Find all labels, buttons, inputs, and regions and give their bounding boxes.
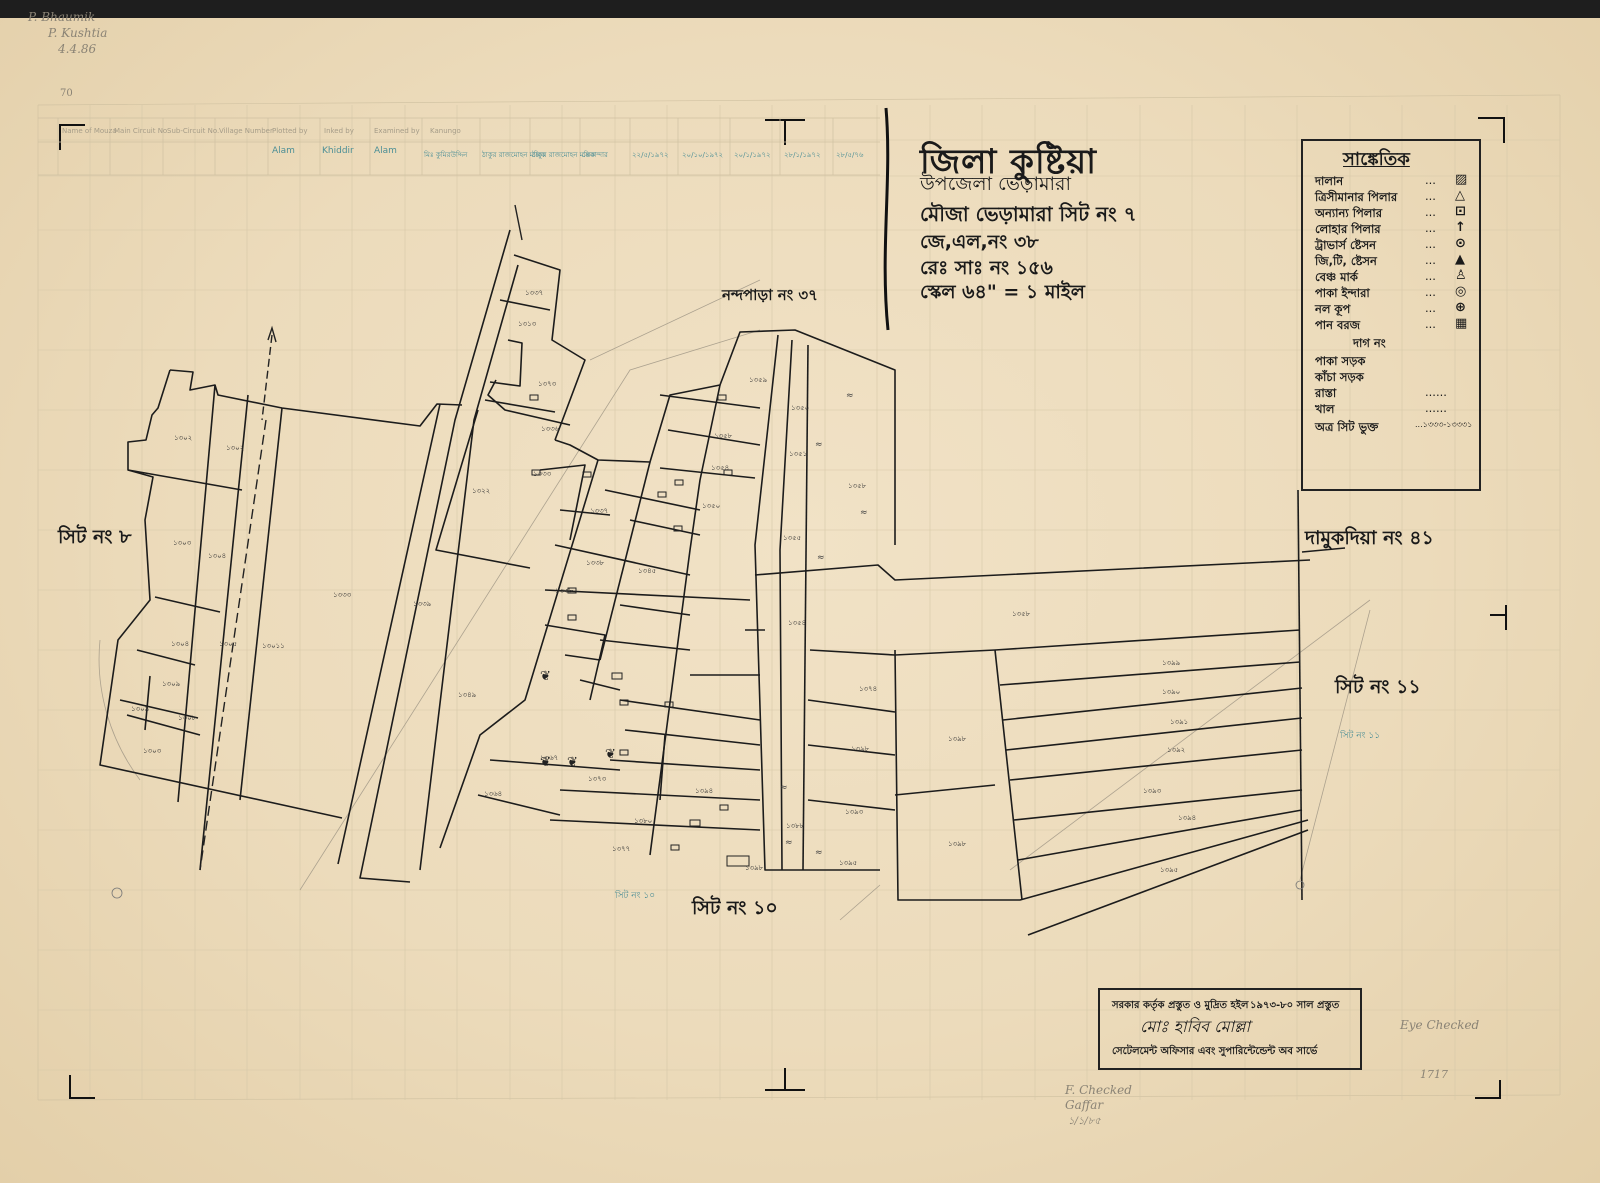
parcel-number: ১৩৬৭ — [540, 752, 558, 764]
parcel-number: ১৩১৩ — [518, 318, 536, 330]
header-col-main-circuit: Main Circuit No. — [114, 127, 169, 135]
header-entry: Khiddir — [322, 146, 354, 156]
header-col-sub-circuit: Sub-Circuit No. — [167, 127, 219, 135]
parcel-number: ১৩০৪ — [171, 638, 189, 650]
certificate-office: সেটেলমেন্ট অফিসার এবং সুপারিন্টেন্ডেন্ট … — [1112, 1044, 1317, 1061]
svg-text:≈: ≈ — [780, 783, 788, 793]
parcel-number: ১৩৪৫ — [638, 565, 656, 577]
parcel-number: ১৩৬৪ — [484, 788, 502, 800]
header-entry: সেকান্দার — [582, 149, 608, 161]
hatched-box-icon: ▦ — [1455, 316, 1467, 331]
pencil-note: P. Kushtia — [48, 26, 107, 40]
parcel-number: ১৩০৯ — [162, 678, 180, 690]
parcel-number: ১৩৯৩ — [1143, 785, 1161, 797]
parcel-number: ১৩৯৮ — [851, 743, 869, 755]
svg-text:≈: ≈ — [846, 391, 854, 401]
header-entry: Alam — [272, 146, 295, 156]
parcel-number: ১৩০৯ — [131, 703, 149, 715]
parcel-number: ১৩৭৪ — [859, 683, 877, 695]
parcel-number: ১৩৫১ — [789, 448, 807, 460]
parcel-number: ১৩৩৩ — [333, 589, 351, 601]
parcel-number: ১৩৮৮ — [786, 820, 804, 832]
adjacent-east-upper-label: দামুকদিয়া নং ৪১ — [1305, 524, 1434, 556]
parcel-number: ১৩৯৪ — [1178, 812, 1196, 824]
page-mark: 70 — [60, 88, 73, 99]
header-col-examined: Examined by — [374, 127, 420, 135]
iron-pillar-icon: ↑ — [1455, 220, 1466, 235]
header-entry: ২০/১০/১৯৭২ — [682, 149, 723, 161]
header-col-inked: Inked by — [324, 127, 354, 135]
parcel-number: ১৩৩৬ — [541, 423, 559, 435]
legend-item-sheet-inclusion: অত্র সিট ভুক্ত...১৩৩৩-১৩৩৩১ — [1315, 419, 1473, 438]
parcel-number: ১৩৫৪ — [788, 617, 806, 629]
header-entry: ২৮/১/১৯৭২ — [784, 149, 821, 161]
parcel-number: ১৩০৫ — [219, 638, 237, 650]
parcel-number: ১৩৩৮ — [555, 585, 573, 597]
parcel-number: ১৩৯৪ — [695, 785, 713, 797]
svg-text:≈: ≈ — [860, 508, 868, 518]
legend-box: সাঙ্কেতিক দালান...▨ ত্রিসীমানার পিলার...… — [1301, 139, 1481, 491]
parcel-number: ১৩৫৮ — [714, 430, 732, 442]
parcel-number: ১৩৭৩ — [588, 773, 606, 785]
parcel-number: ১৩৭৭ — [612, 843, 630, 855]
legend-title: সাঙ্কেতিক — [1343, 145, 1410, 176]
certificate-signature: মোঃ হাবিব মোল্লা — [1140, 1014, 1250, 1041]
parcel-number: ১৩৯৫ — [839, 857, 857, 869]
svg-text:≈: ≈ — [785, 838, 793, 848]
svg-text:❦: ❦ — [567, 755, 578, 770]
map-sheet: ❦❦❦ ❦ ≈≈≈ ≈≈≈ ≈ Name of Mouza Main — [0, 18, 1600, 1183]
map-scale: স্কেল ৬৪" = ১ মাইল — [920, 278, 1085, 310]
legend-item-plot-no: দাগ নং — [1353, 335, 1511, 354]
header-col-kanungo: Kanungo — [430, 127, 461, 135]
header-entry: ২০/১/১৯৭২ — [734, 149, 771, 161]
parcel-number: ১৩৩৭ — [525, 287, 543, 299]
parcel-number: ১৩০৩ — [173, 537, 191, 549]
pencil-note: P. Bhaumik — [28, 10, 95, 24]
blue-south-ref: সিট নং ১০ — [615, 888, 655, 903]
parcel-number: ১৩৯৮ — [948, 838, 966, 850]
svg-text:❦: ❦ — [540, 669, 551, 684]
parcel-number: ১৩৯৮ — [948, 733, 966, 745]
square-dot-icon: ⊡ — [1455, 204, 1466, 219]
checked-note: ১/১/৮৫ — [1068, 1114, 1101, 1131]
adjacent-west-label: সিট নং ৮ — [58, 523, 131, 555]
eye-checked-note: Eye Checked — [1400, 1018, 1479, 1032]
svg-text:❦: ❦ — [605, 747, 616, 762]
parcel-number: ১৩৮০ — [634, 815, 652, 827]
svg-text:≈: ≈ — [815, 848, 823, 858]
header-entry: মিঃ কুমিরউদ্দিন — [424, 149, 467, 161]
svg-text:≈: ≈ — [817, 553, 825, 563]
parcel-number: ১৩৫০ — [702, 500, 720, 512]
certificate-years: ১৯৭৩-৮০ সাল প্রস্তুত — [1250, 998, 1339, 1015]
parcel-number: ১৩০৮ — [178, 712, 196, 724]
parcel-number: ১৩৯৯ — [1162, 657, 1180, 669]
parcel-number: ১৩৩৩ — [533, 468, 551, 480]
parcel-number: ১৩৩৮ — [586, 557, 604, 569]
parcel-number: ১৩৭৩ — [538, 378, 556, 390]
adjacent-south-label: সিট নং ১০ — [692, 894, 778, 926]
parcel-number: ১৩০৩ — [143, 745, 161, 757]
adjacent-north-label: নন্দপাড়া নং ৩৭ — [722, 284, 818, 309]
adjacent-east-lower-label: সিট নং ১১ — [1335, 673, 1421, 705]
parcel-number: ১৩২২ — [472, 485, 490, 497]
parcel-number: ১৩৯২ — [1167, 744, 1185, 756]
parcel-number: ১৩৫৪ — [711, 462, 729, 474]
parcel-number: ১৩৯১ — [1170, 716, 1188, 728]
circle-dot-icon: ⊙ — [1455, 236, 1466, 251]
parcel-number: ১৩০২ — [226, 442, 244, 454]
header-entry: Alam — [374, 146, 397, 156]
parcel-number: ১৩৫৫ — [783, 532, 801, 544]
bench-mark-icon: ♙ — [1455, 268, 1467, 283]
legend-item-canal: খাল...... — [1315, 401, 1473, 420]
checked-note: F. Checked — [1065, 1083, 1132, 1097]
header-col-mouza: Name of Mouza — [62, 127, 117, 135]
double-circle-icon: ◎ — [1455, 284, 1466, 299]
crossed-circle-icon: ⊕ — [1455, 300, 1466, 315]
header-col-village: Village Number — [219, 127, 273, 135]
eye-checked-note: 1717 — [1420, 1068, 1448, 1081]
parcel-number: ১৩৯৫ — [1160, 864, 1178, 876]
parcel-number: ১৩৩৯ — [413, 598, 431, 610]
parcel-number: ১৩৯৮ — [745, 862, 763, 874]
certificate-line1: সরকার কর্তৃক প্রস্তুত ও মুদ্রিত হইল — [1112, 998, 1248, 1015]
parcel-number: ১৩৩৭ — [590, 505, 608, 517]
parcel-number: ১৩৪৯ — [458, 689, 476, 701]
header-entry: ২৮/৫/৭৬ — [836, 149, 863, 161]
blue-sheet-ref: সিট নং ১১ — [1340, 728, 1380, 743]
triangle-icon: △ — [1455, 188, 1465, 203]
header-entry: ২২/৫/১৯৭২ — [632, 149, 669, 161]
parcel-number: ১৩০১১ — [262, 640, 285, 652]
parcel-number: ১৩৫০ — [791, 402, 809, 414]
svg-text:≈: ≈ — [815, 440, 823, 450]
parcel-number: ১৩৫৮ — [848, 480, 866, 492]
checked-note: Gaffar — [1065, 1098, 1103, 1112]
header-col-plotted: Plotted by — [272, 127, 308, 135]
parcel-number: ১৩৯৩ — [845, 806, 863, 818]
parcel-number: ১৩০২ — [174, 432, 192, 444]
parcel-number: ১৩০৪ — [208, 550, 226, 562]
legend-item-betel-garden: পান বরজ...▦ — [1315, 317, 1473, 336]
certificate-box: সরকার কর্তৃক প্রস্তুত ও মুদ্রিত হইল ১৯৭৩… — [1098, 988, 1362, 1070]
parcel-number: ১৩৯০ — [1162, 686, 1180, 698]
filled-triangle-icon: ▲ — [1455, 252, 1465, 267]
parcel-number: ১৩৫৮ — [1012, 608, 1030, 620]
parcel-number: ১৩৫৯ — [749, 374, 767, 386]
upazila-title: উপজেলা ভেড়ামারা — [920, 170, 1071, 202]
pencil-note: 4.4.86 — [58, 42, 96, 56]
building-icon: ▨ — [1455, 172, 1467, 187]
